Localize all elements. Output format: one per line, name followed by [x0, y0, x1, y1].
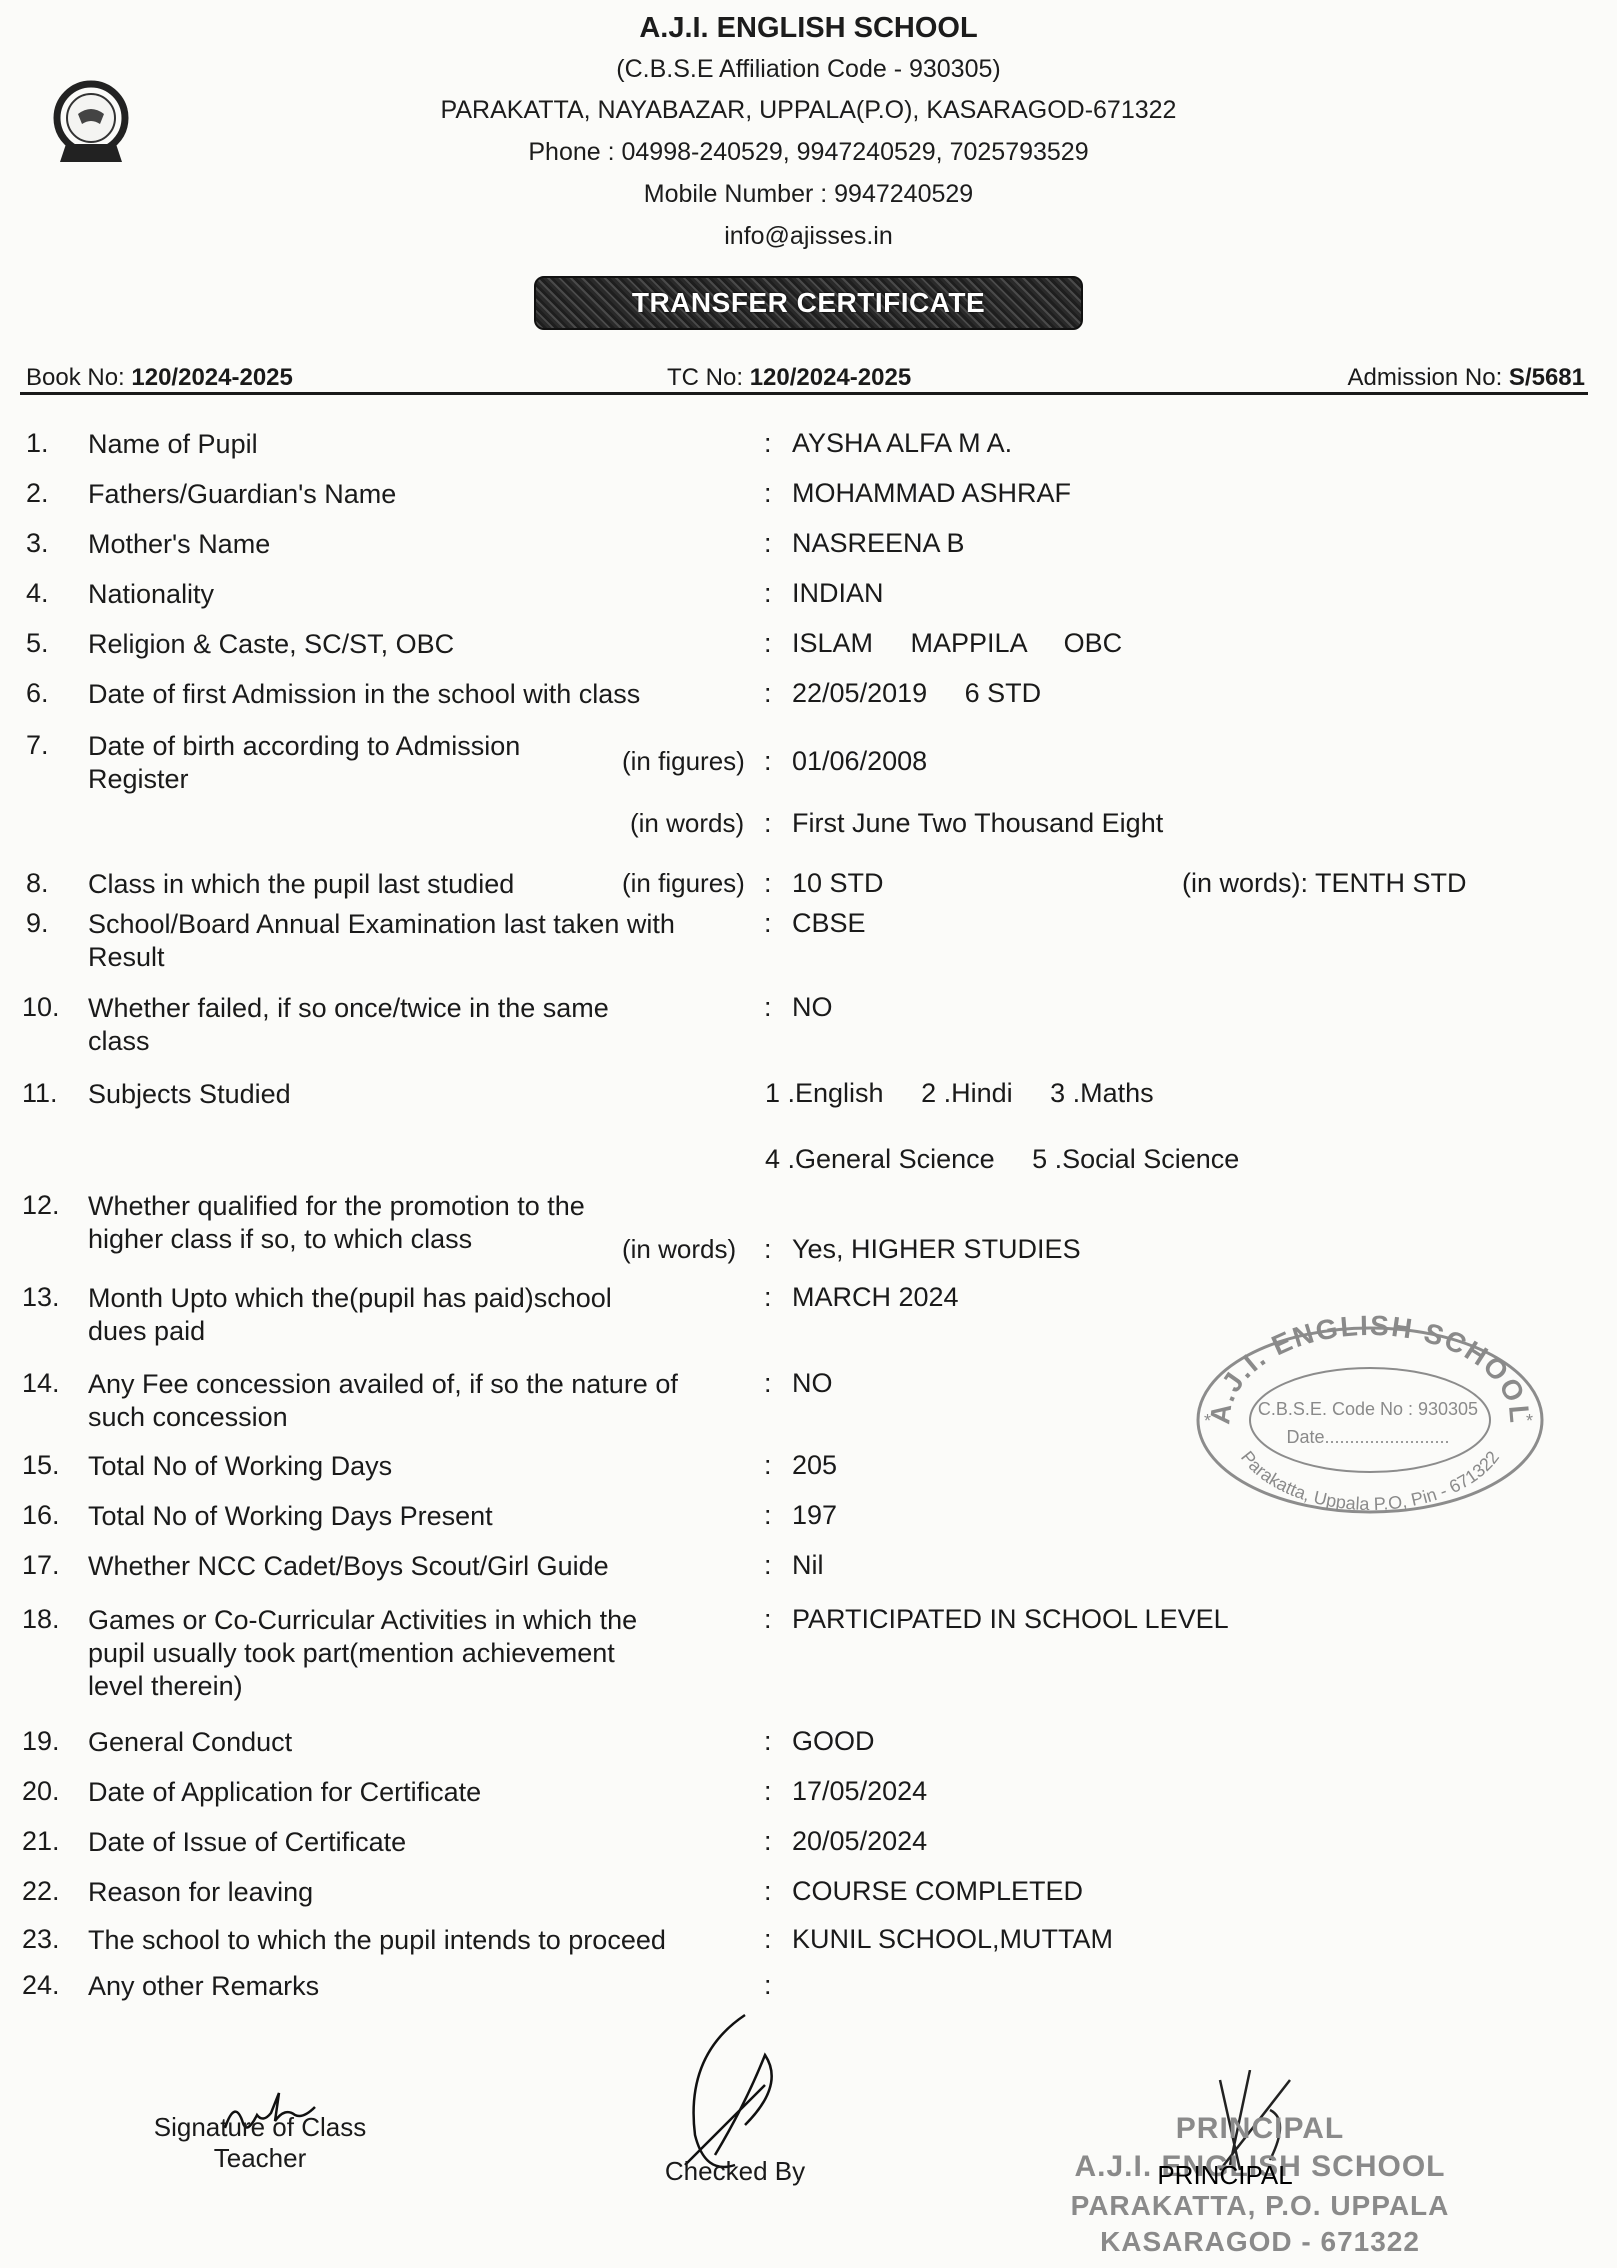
school-seal: A.J.I. ENGLISH SCHOOL Parakatta, Uppala …	[1190, 1315, 1550, 1515]
field-colon: :	[764, 678, 772, 709]
field-number: 3.	[26, 528, 76, 559]
field-number: 10.	[22, 992, 72, 1023]
principal-stamp-title: PRINCIPAL	[1070, 2112, 1450, 2146]
field-label: Games or Co-Curricular Activities in whi…	[88, 1604, 637, 1703]
field-colon: :	[764, 1450, 772, 1481]
certificate-title: TRANSFER CERTIFICATE	[534, 276, 1083, 330]
field-label: Class in which the pupil last studied	[88, 868, 514, 901]
field-label: The school to which the pupil intends to…	[88, 1924, 666, 1957]
mobile-number: Mobile Number : 9947240529	[0, 180, 1617, 209]
field-label: Whether failed, if so once/twice in the …	[88, 992, 609, 1058]
field-value: PARTICIPATED IN SCHOOL LEVEL	[792, 1604, 1229, 1635]
field-number: 1.	[26, 428, 76, 459]
field-value: 10 STD	[792, 868, 884, 899]
field-label: Total No of Working Days	[88, 1450, 392, 1483]
field-value: 20/05/2024	[792, 1826, 927, 1857]
field-number: 16.	[22, 1500, 72, 1531]
field-colon: :	[764, 1776, 772, 1807]
field-value: NO	[792, 1368, 833, 1399]
field-label: Nationality	[88, 578, 214, 611]
field-label: Whether NCC Cadet/Boys Scout/Girl Guide	[88, 1550, 609, 1583]
field-qualifier: (in words)	[622, 1234, 736, 1265]
svg-text:Parakatta, Uppala P.O, Pin - 6: Parakatta, Uppala P.O, Pin - 671322	[1237, 1447, 1503, 1514]
principal-label: PRINCIPAL	[1100, 2160, 1350, 2191]
field-number: 11.	[22, 1078, 72, 1109]
subjects-row: 4 .General Science 5 .Social Science	[765, 1144, 1239, 1175]
field-colon: :	[764, 746, 772, 777]
field-qualifier: (in figures)	[622, 746, 745, 777]
field-label: Date of Issue of Certificate	[88, 1826, 406, 1859]
field-label: Reason for leaving	[88, 1876, 313, 1909]
field-number: 24.	[22, 1970, 72, 2001]
phone-numbers: Phone : 04998-240529, 9947240529, 702579…	[0, 138, 1617, 167]
field-label: Subjects Studied	[88, 1078, 291, 1111]
field-label: Any other Remarks	[88, 1970, 319, 2003]
field-value: NASREENA B	[792, 528, 965, 559]
field-colon: :	[764, 578, 772, 609]
field-colon: :	[764, 808, 772, 839]
field-number: 20.	[22, 1776, 72, 1807]
field-label: Date of Application for Certificate	[88, 1776, 481, 1809]
field-colon: :	[764, 868, 772, 899]
field-number: 7.	[26, 730, 76, 761]
field-value-words: (in words): TENTH STD	[1182, 868, 1467, 899]
field-colon: :	[764, 478, 772, 509]
field-colon: :	[764, 992, 772, 1023]
field-number: 18.	[22, 1604, 72, 1635]
field-number: 21.	[22, 1826, 72, 1857]
field-colon: :	[764, 1282, 772, 1313]
field-colon: :	[764, 1876, 772, 1907]
field-colon: :	[764, 1924, 772, 1955]
subjects-row: 1 .English 2 .Hindi 3 .Maths	[765, 1078, 1154, 1109]
field-value: ISLAM MAPPILA OBC	[792, 628, 1122, 659]
field-label: Fathers/Guardian's Name	[88, 478, 396, 511]
school-address: PARAKATTA, NAYABAZAR, UPPALA(P.O), KASAR…	[0, 96, 1617, 125]
admission-number: Admission No: S/5681	[1348, 364, 1585, 392]
field-value: AYSHA ALFA M A.	[792, 428, 1012, 459]
principal-stamp-address: PARAKATTA, P.O. UPPALA	[1050, 2190, 1470, 2222]
tc-number: TC No: 120/2024-2025	[667, 364, 911, 392]
field-value: 17/05/2024	[792, 1776, 927, 1807]
field-label: Date of first Admission in the school wi…	[88, 678, 640, 711]
field-value: 22/05/2019 6 STD	[792, 678, 1041, 709]
field-label: Whether qualified for the promotion to t…	[88, 1190, 585, 1256]
field-number: 4.	[26, 578, 76, 609]
field-colon: :	[764, 1550, 772, 1581]
field-number: 17.	[22, 1550, 72, 1581]
field-number: 9.	[26, 908, 76, 939]
field-colon: :	[764, 1726, 772, 1757]
field-value: 197	[792, 1500, 837, 1531]
field-label: General Conduct	[88, 1726, 292, 1759]
field-colon: :	[764, 1368, 772, 1399]
field-value: GOOD	[792, 1726, 875, 1757]
field-qualifier: (in figures)	[622, 868, 745, 899]
field-value: Yes, HIGHER STUDIES	[792, 1234, 1081, 1265]
field-value: NO	[792, 992, 833, 1023]
field-label: Date of birth according to Admission Reg…	[88, 730, 520, 796]
field-colon: :	[764, 1234, 772, 1265]
field-colon: :	[764, 628, 772, 659]
field-label: Mother's Name	[88, 528, 270, 561]
field-number: 14.	[22, 1368, 72, 1399]
field-number: 23.	[22, 1924, 72, 1955]
field-number: 13.	[22, 1282, 72, 1313]
field-number: 15.	[22, 1450, 72, 1481]
field-label: School/Board Annual Examination last tak…	[88, 908, 675, 974]
field-colon: :	[764, 528, 772, 559]
field-value: Nil	[792, 1550, 824, 1581]
principal-stamp-district: KASARAGOD - 671322	[1050, 2226, 1470, 2258]
field-label: Religion & Caste, SC/ST, OBC	[88, 628, 454, 661]
field-value-words: First June Two Thousand Eight	[792, 808, 1163, 839]
field-number: 12.	[22, 1190, 72, 1221]
checked-by-label: Checked By	[640, 2156, 830, 2187]
field-value: MARCH 2024	[792, 1282, 959, 1313]
field-value: INDIAN	[792, 578, 884, 609]
field-colon: :	[764, 1604, 772, 1635]
field-colon: :	[764, 908, 772, 939]
field-colon: :	[764, 1826, 772, 1857]
field-number: 2.	[26, 478, 76, 509]
field-colon: :	[764, 428, 772, 459]
book-number: Book No: 120/2024-2025	[26, 364, 293, 392]
field-label: Total No of Working Days Present	[88, 1500, 493, 1533]
field-number: 19.	[22, 1726, 72, 1757]
field-colon: :	[764, 1970, 772, 2001]
field-qualifier: (in words)	[630, 808, 744, 839]
field-value: KUNIL SCHOOL,MUTTAM	[792, 1924, 1113, 1955]
field-number: 22.	[22, 1876, 72, 1907]
field-value: COURSE COMPLETED	[792, 1876, 1083, 1907]
field-label: Any Fee concession availed of, if so the…	[88, 1368, 678, 1434]
field-value: CBSE	[792, 908, 866, 939]
header-divider	[20, 392, 1588, 395]
svg-text:C.B.S.E. Code No : 930305: C.B.S.E. Code No : 930305	[1258, 1399, 1478, 1419]
field-value: MOHAMMAD ASHRAF	[792, 478, 1071, 509]
field-value: 01/06/2008	[792, 746, 927, 777]
field-number: 5.	[26, 628, 76, 659]
field-label: Month Upto which the(pupil has paid)scho…	[88, 1282, 612, 1348]
svg-text:*: *	[1526, 1411, 1533, 1431]
field-value: 205	[792, 1450, 837, 1481]
school-name: A.J.I. ENGLISH SCHOOL	[0, 12, 1617, 45]
class-teacher-label: Signature of Class Teacher	[110, 2112, 410, 2174]
affiliation-code: (C.B.S.E Affiliation Code - 930305)	[0, 55, 1617, 84]
field-number: 6.	[26, 678, 76, 709]
field-number: 8.	[26, 868, 76, 899]
svg-text:*: *	[1204, 1411, 1211, 1431]
svg-text:Date.........................: Date.........................	[1286, 1427, 1449, 1447]
field-label: Name of Pupil	[88, 428, 258, 461]
school-email: info@ajisses.in	[0, 222, 1617, 251]
field-colon: :	[764, 1500, 772, 1531]
